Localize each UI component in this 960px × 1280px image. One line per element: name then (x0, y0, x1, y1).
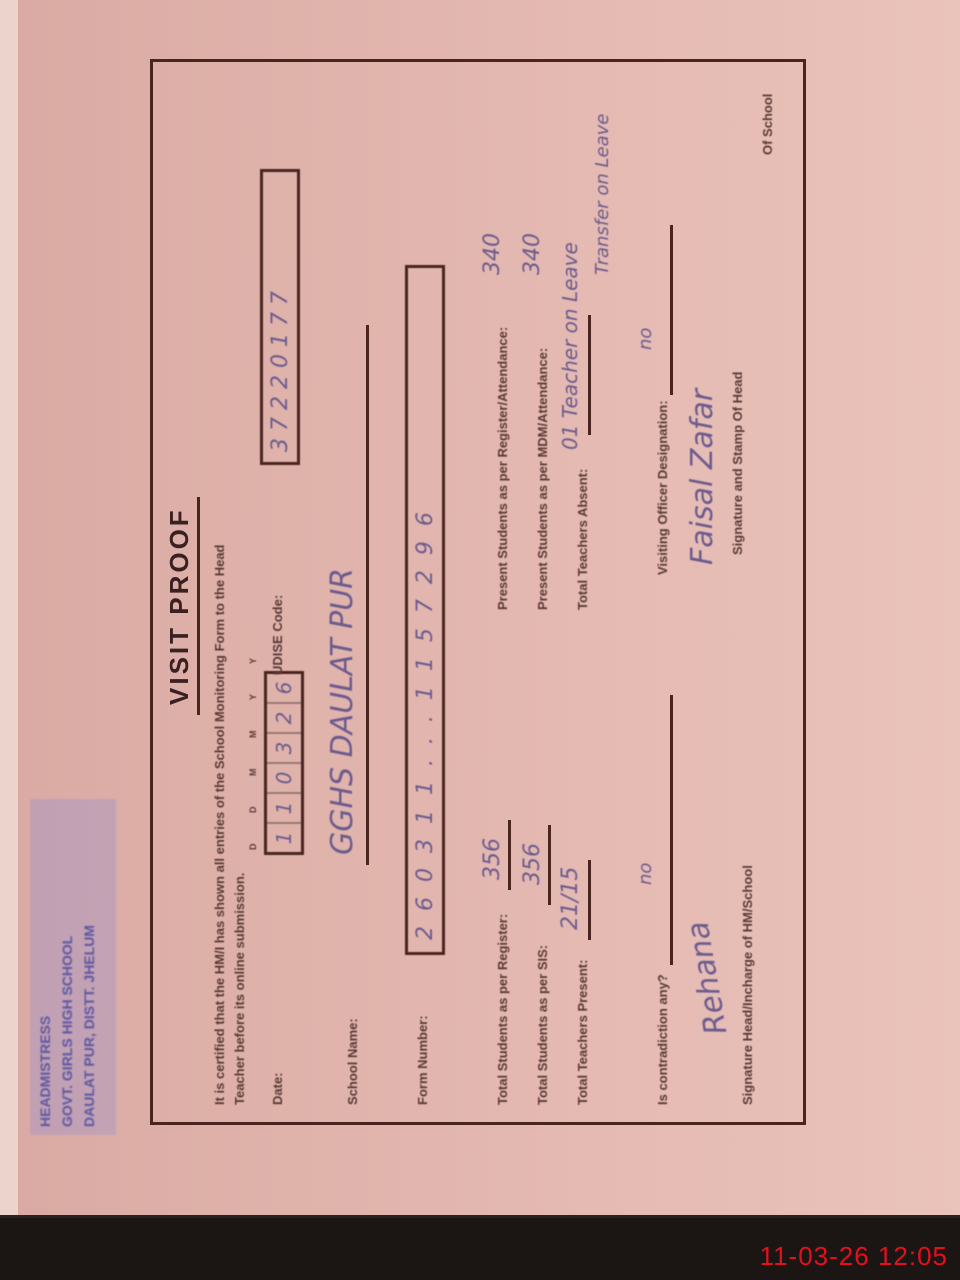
date-digit: 1 (267, 792, 301, 822)
underline (508, 820, 511, 890)
school-stamp: HEADMISTRESS GOVT. GIRLS HIGH SCHOOL DAU… (30, 799, 116, 1135)
date-digit: 1 (267, 822, 301, 852)
underline (670, 695, 673, 965)
officer-signature: Faisal Zafar (685, 389, 720, 565)
teachers-absent-extra: Transfer on Leave (592, 114, 613, 275)
date-boxes: 1 1 0 3 2 6 (264, 671, 304, 855)
date-format-hint: D D M M Y Y (248, 644, 258, 850)
contradiction-value: no (635, 863, 656, 885)
teachers-absent-label: Total Teachers Absent: (575, 469, 590, 610)
udise-code-box: 3 7 2 2 0 1 7 7 (260, 169, 300, 465)
visiting-officer-label: Visiting Officer Designation: (655, 400, 670, 575)
students-register-label: Total Students as per Register: (495, 914, 510, 1105)
stamp-line-3: DAULAT PUR, DISTT. JHELUM (78, 807, 100, 1127)
camera-timestamp: 11-03-26 12:05 (760, 1241, 948, 1272)
form-title: VISIT PROOF (164, 497, 200, 715)
underline (548, 825, 551, 905)
headmistress-signature: Nishat Akhtar (0, 965, 5, 1115)
teachers-absent-value: 01 Teacher on Leave (558, 242, 582, 450)
teachers-present-value: 21/15 (558, 867, 583, 930)
certify-line-2: Teacher before its online submission. (230, 545, 250, 1106)
date-digit: 2 (267, 702, 301, 732)
paper-photo: HEADMISTRESS GOVT. GIRLS HIGH SCHOOL DAU… (0, 0, 960, 1218)
students-sis-label: Total Students as per SIS: (535, 945, 550, 1105)
udise-label: UDISE Code: (270, 595, 285, 675)
teachers-present-label: Total Teachers Present: (575, 960, 590, 1105)
stamp-line-2: GOVT. GIRLS HIGH SCHOOL (56, 807, 78, 1127)
present-students-register-label: Present Students as per Register/Attenda… (495, 327, 510, 610)
certification-text: It is certified that the HM/I has shown … (210, 545, 250, 1106)
certify-line-1: It is certified that the HM/I has shown … (210, 545, 230, 1106)
visiting-officer-value: no (635, 328, 656, 350)
date-digit: 0 (267, 762, 301, 792)
officer-signature-label: Signature and Stamp Of Head (730, 372, 745, 555)
form-number-label: Form Number: (415, 1015, 430, 1105)
form-number-box: 2 6 0 3 1 1 . . . 1 1 5 7 2 9 6 (405, 265, 445, 955)
underline (588, 315, 591, 435)
date-label: Date: (270, 1072, 285, 1105)
underline (588, 860, 591, 940)
contradiction-label: Is contradiction any? (655, 974, 670, 1105)
school-name-value: GGHS DAULAT PUR (325, 568, 360, 855)
visit-proof-form: HEADMISTRESS GOVT. GIRLS HIGH SCHOOL DAU… (130, 45, 810, 1155)
date-digit: 3 (267, 732, 301, 762)
of-school-label: Of School (760, 94, 775, 155)
school-name-label: School Name: (345, 1018, 360, 1105)
date-digit: 6 (267, 674, 301, 702)
present-students-register-value: 340 (480, 233, 505, 275)
underline (670, 225, 673, 395)
present-students-app-label: Present Students as per MDM/Attendance: (535, 348, 550, 610)
stamp-line-1: HEADMISTRESS (34, 807, 56, 1127)
students-register-value: 356 (480, 838, 505, 880)
hm-signature-label: Signature Head/Incharge of HM/School (740, 865, 755, 1105)
present-students-app-value: 340 (520, 233, 545, 275)
school-name-underline (366, 325, 369, 865)
students-sis-value: 356 (520, 843, 545, 885)
